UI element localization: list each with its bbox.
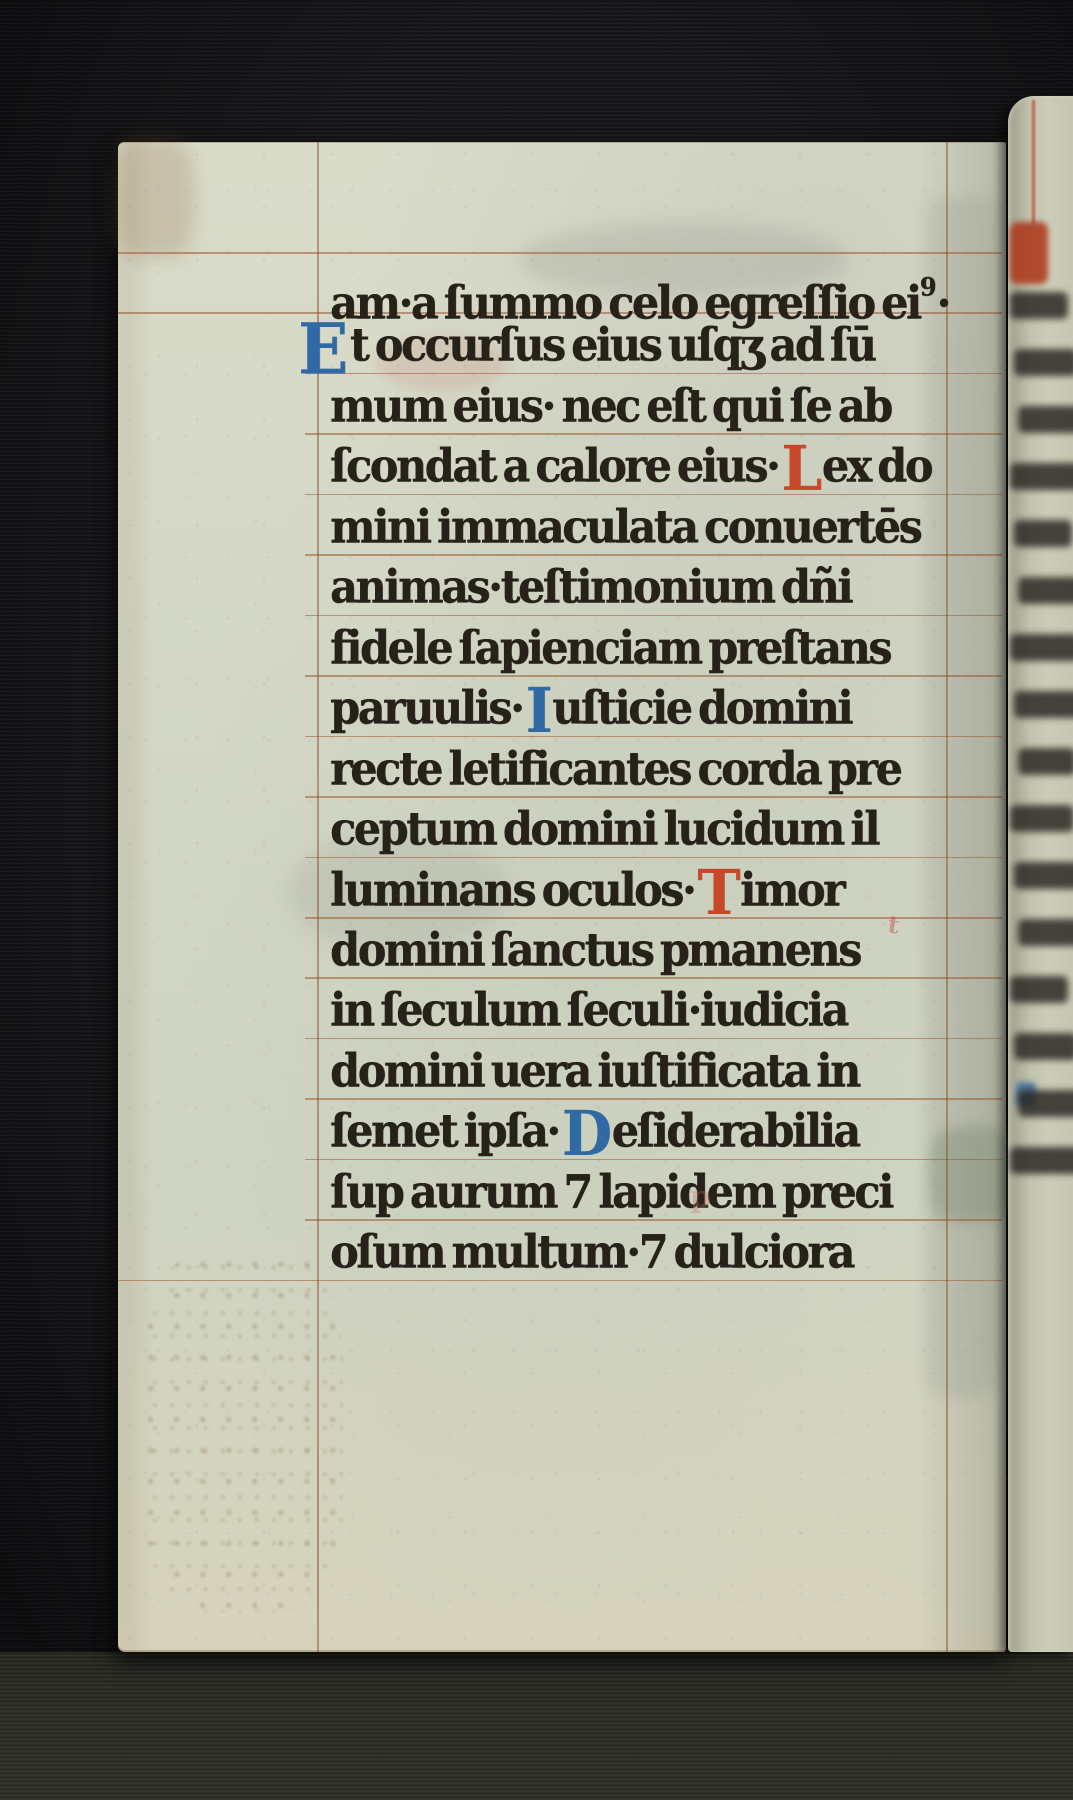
manuscript-line: mum eius· nec eſt qui ſe ab: [330, 374, 891, 440]
manuscript-line: ſcondat a calore eius·Lex do: [330, 434, 931, 500]
text-segment: animas·teſtimonium dñi: [330, 562, 851, 615]
manuscript-line: animas·teſtimonium dñi: [330, 555, 851, 621]
blurred-text-line: [1014, 1033, 1073, 1060]
blurred-text-line: [1010, 976, 1068, 1003]
manuscript-line: ſup aurum 7 lapidem preci: [330, 1160, 892, 1226]
text-segment: ſcondat a calore eius·: [330, 441, 778, 494]
photo-canvas: { "scene": "photograph of an open mediev…: [0, 0, 1073, 1800]
blurred-text-line: [1014, 862, 1073, 889]
text-segment: imor: [740, 864, 843, 917]
text-segment: in ſeculum ſeculi·iudicia: [330, 985, 847, 1038]
blurred-text-line: [1014, 349, 1073, 376]
text-segment: oſum multum·7 dulciora: [330, 1227, 853, 1280]
facing-page-red-initial: [1010, 222, 1048, 284]
text-segment: paruulis·: [330, 683, 522, 736]
blurred-text-line: [1014, 691, 1073, 718]
text-segment: domini uera iuſtificata in: [330, 1045, 859, 1098]
blurred-text-line: [1014, 520, 1072, 547]
text-segment: fidele ſapienciam preſtans: [330, 622, 890, 675]
manuscript-line: domini uera iuſtificata in: [330, 1039, 859, 1105]
blurred-text-line: [1010, 292, 1068, 319]
text-block: am·a ſummo celo egreſſio ei9·Et occurſus…: [118, 142, 1006, 1652]
text-segment: eſiderabilia: [612, 1106, 859, 1159]
text-segment: t occurſus eius uſqʒ ad ſū: [350, 320, 875, 373]
manuscript-page: am·a ſummo celo egreſſio ei9·Et occurſus…: [118, 142, 1006, 1652]
manuscript-line: oſum multum·7 dulciora: [330, 1220, 853, 1286]
text-segment: domini ſanctus pmanens: [330, 924, 860, 977]
manuscript-line: am·a ſummo celo egreſſio ei9·: [330, 253, 949, 319]
text-segment: ex do: [822, 441, 931, 494]
manuscript-line: fidele ſapienciam preſtans: [330, 616, 890, 682]
text-segment: recte letificantes corda pre: [330, 743, 900, 796]
blurred-text-line: [1018, 1090, 1073, 1117]
text-segment: uſticie domini: [552, 683, 851, 736]
blurred-text-line: [1018, 919, 1073, 946]
text-segment: luminans oculos·: [330, 864, 694, 917]
blurred-text-line: [1010, 805, 1073, 832]
blurred-text-line: [1010, 463, 1073, 490]
manuscript-line: domini ſanctus pmanens: [330, 918, 860, 984]
text-segment: mini immaculata conuertēs: [330, 501, 920, 554]
manuscript-line: luminans oculos·Timor: [330, 858, 843, 924]
blurred-text-line: [1010, 1147, 1073, 1174]
manuscript-line: Et occurſus eius uſqʒ ad ſū: [330, 313, 875, 379]
text-segment: ·: [936, 277, 948, 330]
facing-page-edge: [1008, 96, 1073, 1652]
text-segment: ſup aurum 7 lapidem preci: [330, 1166, 892, 1219]
blurred-text-line: [1018, 748, 1073, 775]
manuscript-line: mini immaculata conuertēs: [330, 495, 920, 561]
text-segment: mum eius· nec eſt qui ſe ab: [330, 380, 891, 433]
manuscript-line: in ſeculum ſeculi·iudicia: [330, 978, 847, 1044]
blurred-text-line: [1018, 577, 1073, 604]
manuscript-line: paruulis·Iuſticie domini: [330, 676, 851, 742]
rubricator-guide-mark: p: [690, 1180, 711, 1215]
text-segment: 9: [920, 271, 937, 302]
cloth-background-bottom: [0, 1652, 1073, 1800]
text-segment: ceptum domini lucidum il: [330, 803, 878, 856]
manuscript-line: recte letificantes corda pre: [330, 737, 900, 803]
manuscript-line: ſemet ipſa·Deſiderabilia: [330, 1099, 859, 1165]
blurred-text-line: [1010, 634, 1073, 661]
blurred-text-line: [1018, 406, 1073, 433]
manuscript-line: ceptum domini lucidum il: [330, 797, 878, 863]
text-segment: ſemet ipſa·: [330, 1106, 559, 1159]
facing-page-red-ruling: [1032, 100, 1035, 224]
